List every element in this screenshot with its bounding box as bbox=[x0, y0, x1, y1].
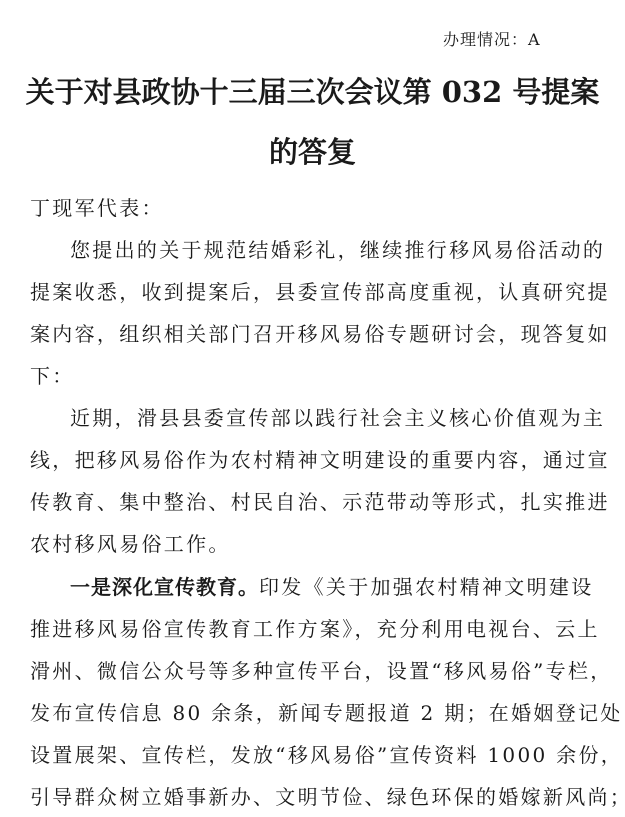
paragraph-line: 下： bbox=[30, 360, 75, 389]
paragraph-line: 提案收悉，收到提案后，县委宣传部高度重视，认真研究提 bbox=[30, 276, 610, 305]
paragraph-line: 近期，滑县县委宣传部以践行社会主义核心价值观为主 bbox=[70, 402, 605, 431]
paragraph-line: 案内容，组织相关部门召开移风易俗专题研讨会，现答复如 bbox=[30, 318, 610, 347]
salutation: 丁现军代表： bbox=[30, 192, 164, 221]
paragraph-line: 滑州、微信公众号等多种宣传平台，设置“移风易俗”专栏， bbox=[30, 655, 613, 684]
section-heading: 一是深化宣传教育。 bbox=[70, 575, 259, 599]
paragraph-first-line: 一是深化宣传教育。印发《关于加强农村精神文明建设 bbox=[70, 571, 594, 600]
paragraph-line: 农村移风易俗工作。 bbox=[30, 528, 231, 557]
paragraph-line: 设置展架、宣传栏，发放“移风易俗”宣传资料 1000 余份， bbox=[30, 739, 623, 768]
paragraph-line: 您提出的关于规范结婚彩礼，继续推行移风易俗活动的 bbox=[70, 234, 605, 263]
paragraph-line: 线，把移风易俗作为农村精神文明建设的重要内容，通过宣 bbox=[30, 444, 610, 473]
document-title-line-1: 关于对县政协十三届三次会议第 032 号提案 bbox=[0, 70, 625, 111]
paragraph-text: 印发《关于加强农村精神文明建设 bbox=[259, 575, 594, 599]
handling-status: 办理情况：A bbox=[443, 27, 541, 50]
paragraph-line: 传教育、集中整治、村民自治、示范带动等形式，扎实推进 bbox=[30, 486, 610, 515]
document-title-line-2: 的答复 bbox=[0, 130, 625, 171]
paragraph-line: 推进移风易俗宣传教育工作方案》，充分利用电视台、云上 bbox=[30, 613, 600, 642]
paragraph-line: 引导群众树立婚事新办、文明节俭、绿色环保的婚嫁新风尚； bbox=[30, 781, 625, 810]
paragraph-line: 发布宣传信息 80 余条，新闻专题报道 2 期；在婚姻登记处 bbox=[30, 697, 623, 726]
